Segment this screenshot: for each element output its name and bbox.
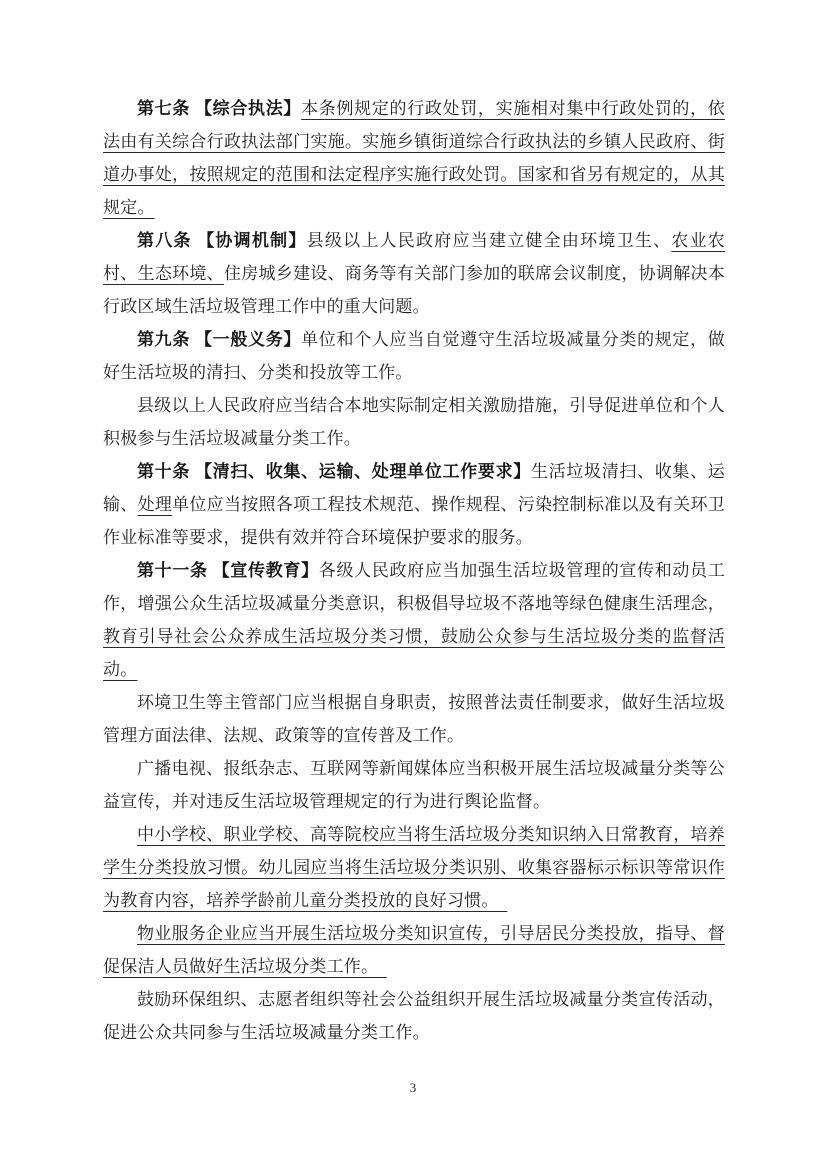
paragraph: 物业服务企业应当开展生活垃圾分类知识宣传，引导居民分类投放，指导、督促保洁人员做…	[103, 917, 725, 983]
article-heading: 第八条 【协调机制】	[137, 231, 307, 250]
document-page: 第七条 【综合执法】本条例规定的行政处罚，实施相对集中行政处罚的，依法由有关综合…	[0, 0, 826, 1169]
underlined-text: 教育引导社会公众养成生活垃圾分类习惯，鼓励公众参与生活垃圾分类的监督活动。	[103, 627, 725, 679]
paragraph: 环境卫生等主管部门应当根据自身职责，按照普法责任制要求，做好生活垃圾管理方面法律…	[103, 686, 725, 752]
paragraph: 鼓励环保组织、志愿者组织等社会公益组织开展生活垃圾减量分类宣传活动，促进公众共同…	[103, 983, 725, 1049]
underlined-text: 物业服务企业应当开展生活垃圾分类知识宣传，引导居民分类投放，指导、督促保洁人员做…	[103, 924, 725, 976]
paragraph: 第七条 【综合执法】本条例规定的行政处罚，实施相对集中行政处罚的，依法由有关综合…	[103, 92, 725, 224]
document-body: 第七条 【综合执法】本条例规定的行政处罚，实施相对集中行政处罚的，依法由有关综合…	[103, 92, 725, 1049]
page-number: 3	[0, 1080, 826, 1096]
paragraph: 广播电视、报纸杂志、互联网等新闻媒体应当积极开展生活垃圾减量分类等公益宣传，并对…	[103, 752, 725, 818]
underlined-text: 处理	[138, 495, 173, 514]
article-heading: 第十条 【清扫、收集、运输、处理单位工作要求】	[137, 462, 531, 481]
body-text: 环境卫生等主管部门应当根据自身职责，按照普法责任制要求，做好生活垃圾管理方面法律…	[103, 693, 725, 745]
underlined-text: 中小学校、职业学校、高等院校应当将生活垃圾分类知识纳入日常教育，培养学生分类投放…	[103, 825, 725, 910]
body-text: 鼓励环保组织、志愿者组织等社会公益组织开展生活垃圾减量分类宣传活动，促进公众共同…	[103, 990, 725, 1042]
paragraph: 第九条 【一般义务】单位和个人应当自觉遵守生活垃圾减量分类的规定，做好生活垃圾的…	[103, 323, 725, 389]
paragraph: 中小学校、职业学校、高等院校应当将生活垃圾分类知识纳入日常教育，培养学生分类投放…	[103, 818, 725, 917]
paragraph: 第十条 【清扫、收集、运输、处理单位工作要求】生活垃圾清扫、收集、运输、处理单位…	[103, 455, 725, 554]
paragraph: 第十一条 【宣传教育】各级人民政府应当加强生活垃圾管理的宣传和动员工作，增强公众…	[103, 554, 725, 686]
body-text: 广播电视、报纸杂志、互联网等新闻媒体应当积极开展生活垃圾减量分类等公益宣传，并对…	[103, 759, 725, 811]
paragraph: 县级以上人民政府应当结合本地实际制定相关激励措施，引导促进单位和个人积极参与生活…	[103, 389, 725, 455]
article-heading: 第十一条 【宣传教育】	[137, 561, 319, 580]
body-text: 县级以上人民政府应当建立健全由环境卫生、	[307, 231, 672, 250]
article-heading: 第九条 【一般义务】	[137, 330, 301, 349]
article-heading: 第七条 【综合执法】	[137, 99, 301, 118]
body-text: 单位应当按照各项工程技术规范、操作规程、污染控制标准以及有关环卫作业标准等要求，…	[103, 495, 725, 547]
paragraph: 第八条 【协调机制】县级以上人民政府应当建立健全由环境卫生、农业农村、生态环境、…	[103, 224, 725, 323]
body-text: 县级以上人民政府应当结合本地实际制定相关激励措施，引导促进单位和个人积极参与生活…	[103, 396, 725, 448]
